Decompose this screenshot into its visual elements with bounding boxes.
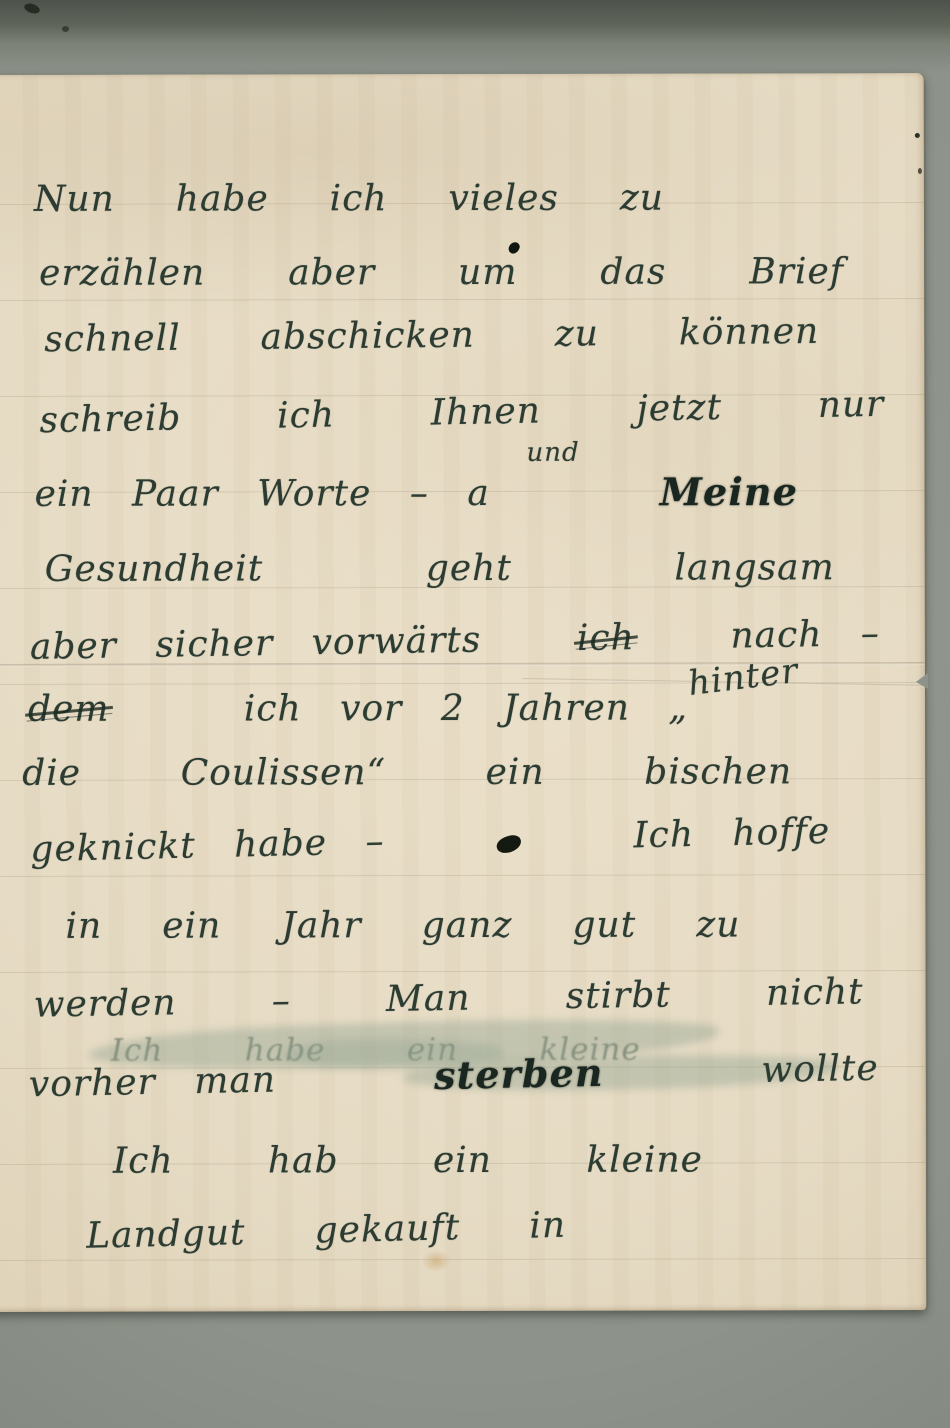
- handwriting-segment: ich vor 2 Jahren „: [244, 688, 688, 730]
- paper-stain: [421, 1250, 451, 1272]
- handwriting-line: ein Paar Worte – a Meine und: [35, 471, 795, 515]
- handwriting-line: Ichhabeinkleine: [113, 1139, 703, 1181]
- handwriting-line: dieCoulissen“einbischen: [22, 751, 792, 794]
- handwriting-segment: vorher man: [28, 1059, 276, 1105]
- backdrop-shadow-band: [0, 0, 950, 74]
- handwriting-line: schnellabschickenzukönnen: [44, 311, 819, 360]
- handwriting-line: werden–Manstirbtnicht: [33, 971, 864, 1025]
- ruled-line: [0, 874, 925, 877]
- handwriting-segment: nach –: [730, 613, 880, 656]
- ink-blot: [495, 833, 523, 855]
- ruled-line: [0, 1258, 926, 1261]
- handwriting-segment: Ich hoffe: [633, 811, 831, 857]
- ruled-line: [0, 298, 924, 301]
- inserted-word: hinter: [686, 651, 801, 704]
- handwriting-line: Nunhabeichvieleszu: [34, 178, 664, 220]
- letter-paper: Nunhabeichvieleszu erzählenaberumdasBrie…: [0, 73, 926, 1312]
- backdrop-speck: [62, 26, 69, 32]
- handwriting-line: erzählenaberumdasBrief: [39, 251, 844, 294]
- handwriting-segment: wollte: [761, 1048, 879, 1091]
- handwriting-line: ineinJahrganzgutzu: [65, 904, 740, 946]
- handwriting-line: Landgutgekauftin: [86, 1205, 567, 1257]
- overwritten-word: Meine: [660, 470, 798, 515]
- struck-word: ich: [577, 617, 636, 659]
- handwriting-line: schreibichIhnenjetztnur: [39, 384, 885, 442]
- overwritten-word: sterben: [433, 1051, 603, 1099]
- struck-word: dem: [28, 689, 110, 730]
- handwriting-segment: ein Paar Worte – a: [35, 473, 490, 515]
- handwriting-line: geknickt habe – Ich hoffe: [30, 811, 831, 870]
- scanned-letter-photo: Nunhabeichvieleszu erzählenaberumdasBrie…: [0, 0, 950, 1428]
- paper-speck: [918, 168, 922, 174]
- handwriting-segment: geknickt habe –: [30, 821, 385, 870]
- paper-speck: [915, 133, 920, 138]
- handwriting-line: Gesundheitgehtlangsam: [45, 547, 835, 590]
- handwriting-line: dem ich vor 2 Jahren „ hinter: [28, 688, 688, 730]
- inserted-word: und: [526, 438, 579, 468]
- handwriting-segment: aber sicher vorwärts: [30, 620, 482, 668]
